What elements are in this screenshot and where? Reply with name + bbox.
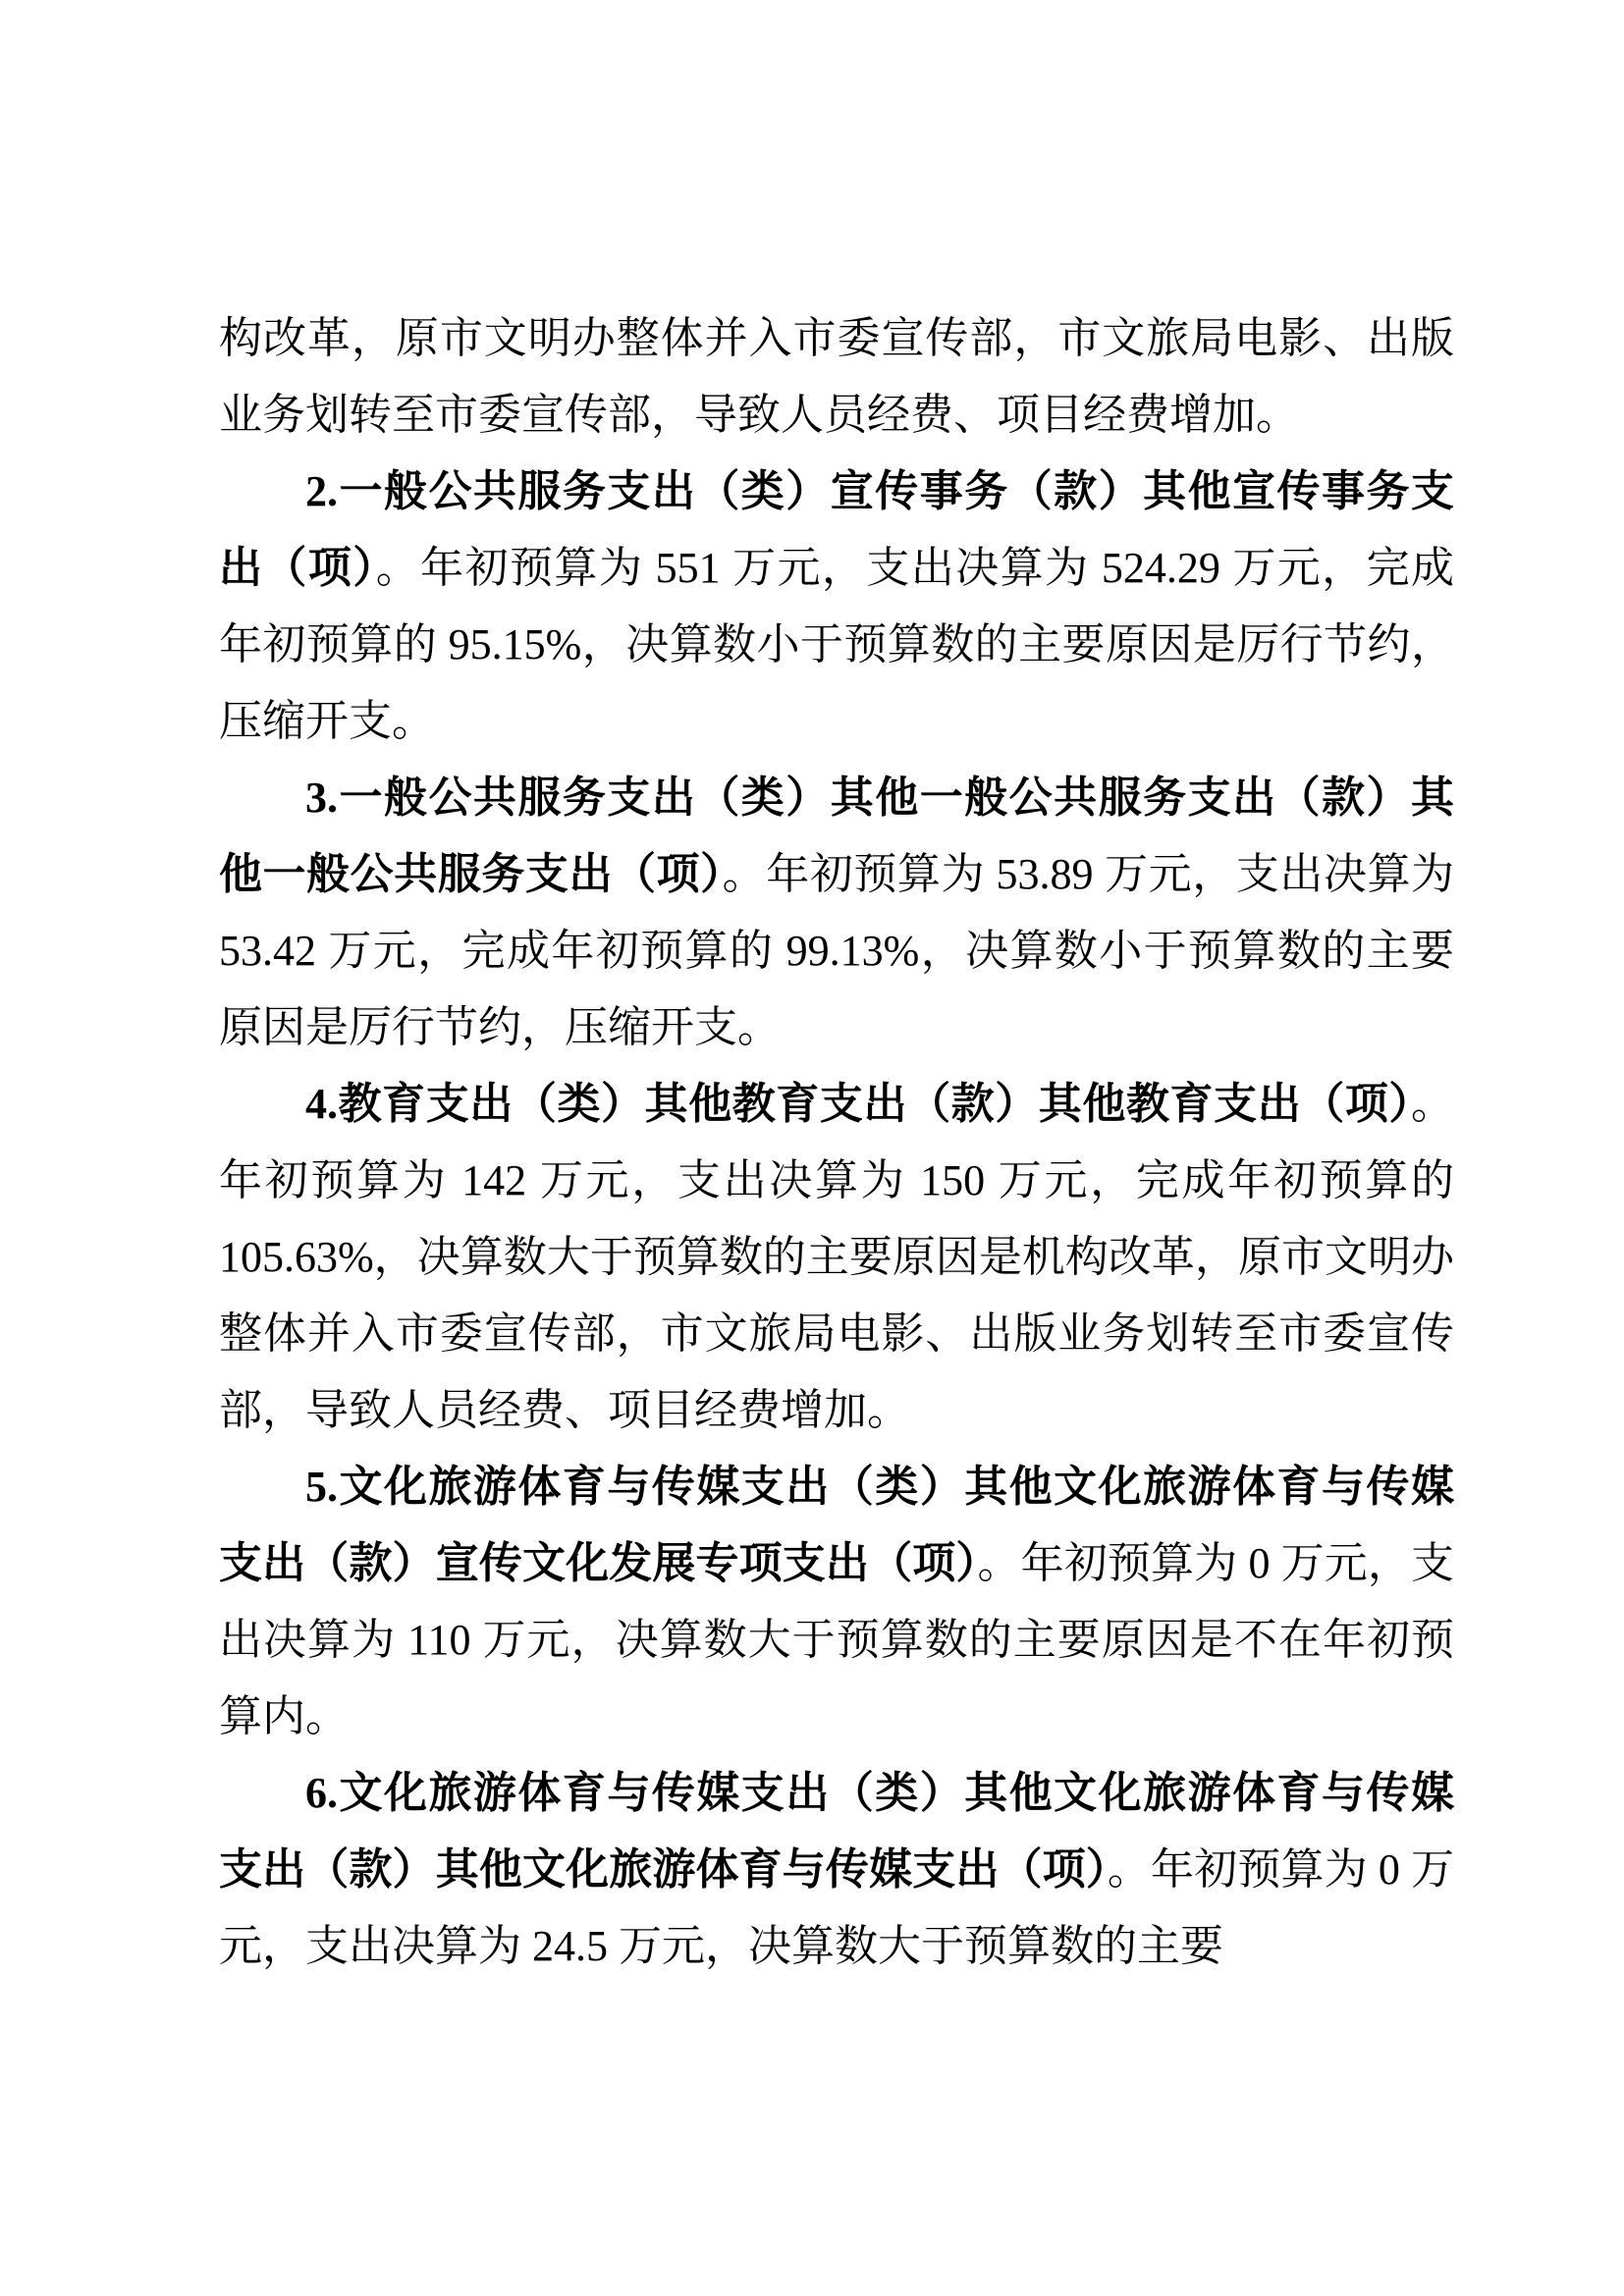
paragraph-item-2-text: 。年初预算为 551 万元，支出决算为 524.29 万元，完成年初预算的 95… xyxy=(219,544,1454,745)
paragraph-item-6: 6.文化旅游体育与传媒支出（类）其他文化旅游体育与传媒支出（款）其他文化旅游体育… xyxy=(219,1755,1454,1985)
text-block: 构改革，原市文明办整体并入市委宣传部，市文旅局电影、出版业务划转至市委宣传部，导… xyxy=(219,300,1454,1985)
paragraph-item-2: 2.一般公共服务支出（类）宣传事务（款）其他宣传事务支出（项）。年初预算为 55… xyxy=(219,454,1454,760)
paragraph-item-4: 4.教育支出（类）其他教育支出（款）其他教育支出（项）。年初预算为 142 万元… xyxy=(219,1066,1454,1449)
document-page: 构改革，原市文明办整体并入市委宣传部，市文旅局电影、出版业务划转至市委宣传部，导… xyxy=(0,0,1624,2296)
paragraph-continuation-text: 构改革，原市文明办整体并入市委宣传部，市文旅局电影、出版业务划转至市委宣传部，导… xyxy=(219,314,1454,439)
paragraph-item-4-text: 。年初预算为 142 万元，支出决算为 150 万元，完成年初预算的 105.6… xyxy=(219,1080,1454,1434)
paragraph-item-3: 3.一般公共服务支出（类）其他一般公共服务支出（款）其他一般公共服务支出（项）。… xyxy=(219,760,1454,1066)
paragraph-continuation: 构改革，原市文明办整体并入市委宣传部，市文旅局电影、出版业务划转至市委宣传部，导… xyxy=(219,300,1454,454)
paragraph-item-5: 5.文化旅游体育与传媒支出（类）其他文化旅游体育与传媒支出（款）宣传文化发展专项… xyxy=(219,1449,1454,1755)
paragraph-item-4-heading: 4.教育支出（类）其他教育支出（款）其他教育支出（项） xyxy=(305,1080,1411,1128)
